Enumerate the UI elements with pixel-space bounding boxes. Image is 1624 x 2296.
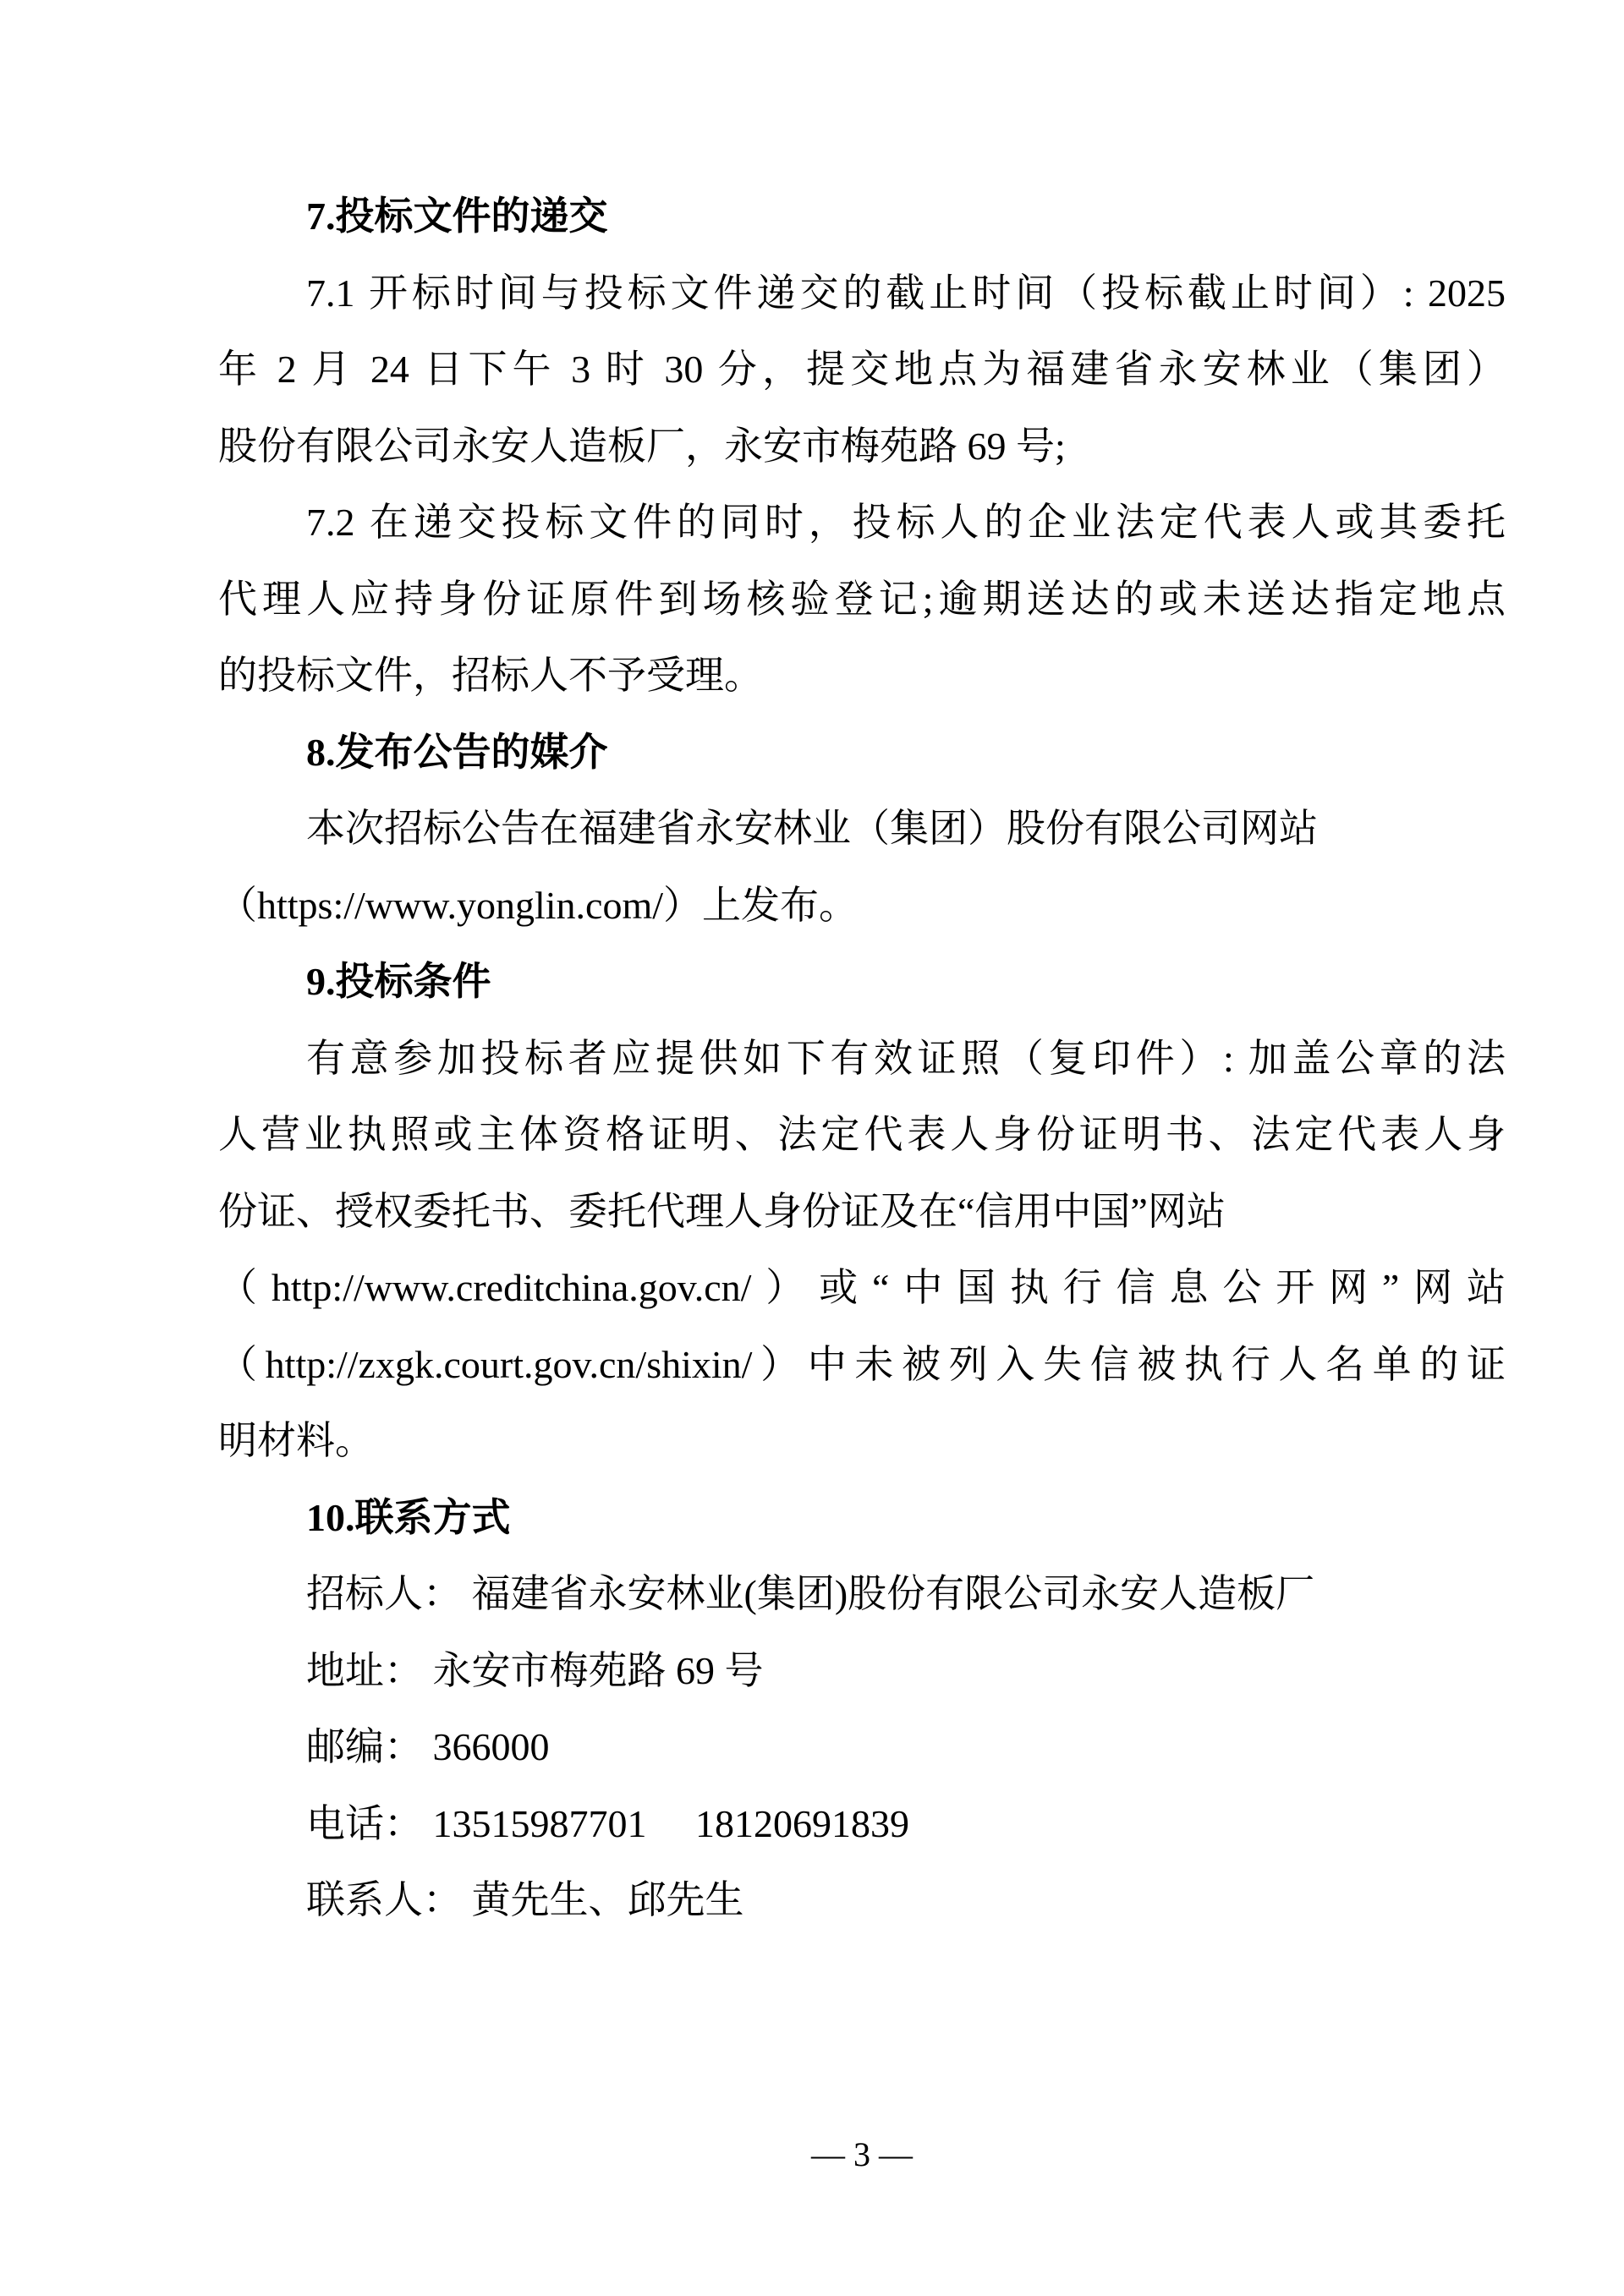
contact-phone-line: 电话： 13515987701 18120691839	[218, 1786, 1506, 1863]
contact-person-line: 联系人： 黄先生、邱先生	[218, 1862, 1506, 1939]
section-8-heading: 8.发布公告的媒介	[218, 715, 1506, 792]
contact-address-line: 地址： 永安市梅苑路 69 号	[218, 1633, 1506, 1710]
para-7-2-line-2: 代理人应持身份证原件到场核验登记;逾期送达的或未送达指定地点	[218, 562, 1506, 638]
section-10-heading: 10.联系方式	[218, 1480, 1506, 1557]
para-7-1-line-1: 7.1 开标时间与投标文件递交的截止时间（投标截止时间）: 2025	[218, 255, 1506, 332]
document-page: { "lines": [ { "text": "7.投标文件的递交" }, { …	[0, 0, 1624, 2296]
section-7-heading: 7.投标文件的递交	[218, 178, 1506, 255]
para-9-line-4: （http://www.creditchina.gov.cn/）或“中国执行信息…	[218, 1250, 1506, 1327]
para-7-1-line-3: 股份有限公司永安人造板厂，永安市梅苑路 69 号;	[218, 408, 1506, 485]
para-9-line-6: 明材料。	[218, 1403, 1506, 1480]
para-7-2-line-3: 的投标文件，招标人不予受理。	[218, 638, 1506, 715]
para-8-line-2: （https://www.yonglin.com/）上发布。	[218, 868, 1506, 945]
para-9-line-1: 有意参加投标者应提供如下有效证照（复印件）: 加盖公章的法	[218, 1021, 1506, 1098]
contact-postcode-line: 邮编： 366000	[218, 1709, 1506, 1786]
contact-bidder-line: 招标人： 福建省永安林业(集团)股份有限公司永安人造板厂	[218, 1556, 1506, 1633]
document-body: 7.投标文件的递交 7.1 开标时间与投标文件递交的截止时间（投标截止时间）: …	[218, 178, 1506, 1939]
para-9-line-5: （http://zxgk.court.gov.cn/shixin/）中未被列入失…	[218, 1327, 1506, 1404]
para-7-1-line-2: 年 2 月 24 日下午 3 时 30 分，提交地点为福建省永安林业（集团）	[218, 332, 1506, 408]
para-8-line-1: 本次招标公告在福建省永安林业（集团）股份有限公司网站	[218, 791, 1506, 868]
page-number: — 3 —	[218, 2117, 1506, 2193]
para-9-line-2: 人营业执照或主体资格证明、法定代表人身份证明书、法定代表人身	[218, 1097, 1506, 1174]
para-7-2-line-1: 7.2 在递交投标文件的同时，投标人的企业法定代表人或其委托	[218, 485, 1506, 562]
section-9-heading: 9.投标条件	[218, 944, 1506, 1021]
para-9-line-3: 份证、授权委托书、委托代理人身份证及在“信用中国”网站	[218, 1174, 1506, 1251]
